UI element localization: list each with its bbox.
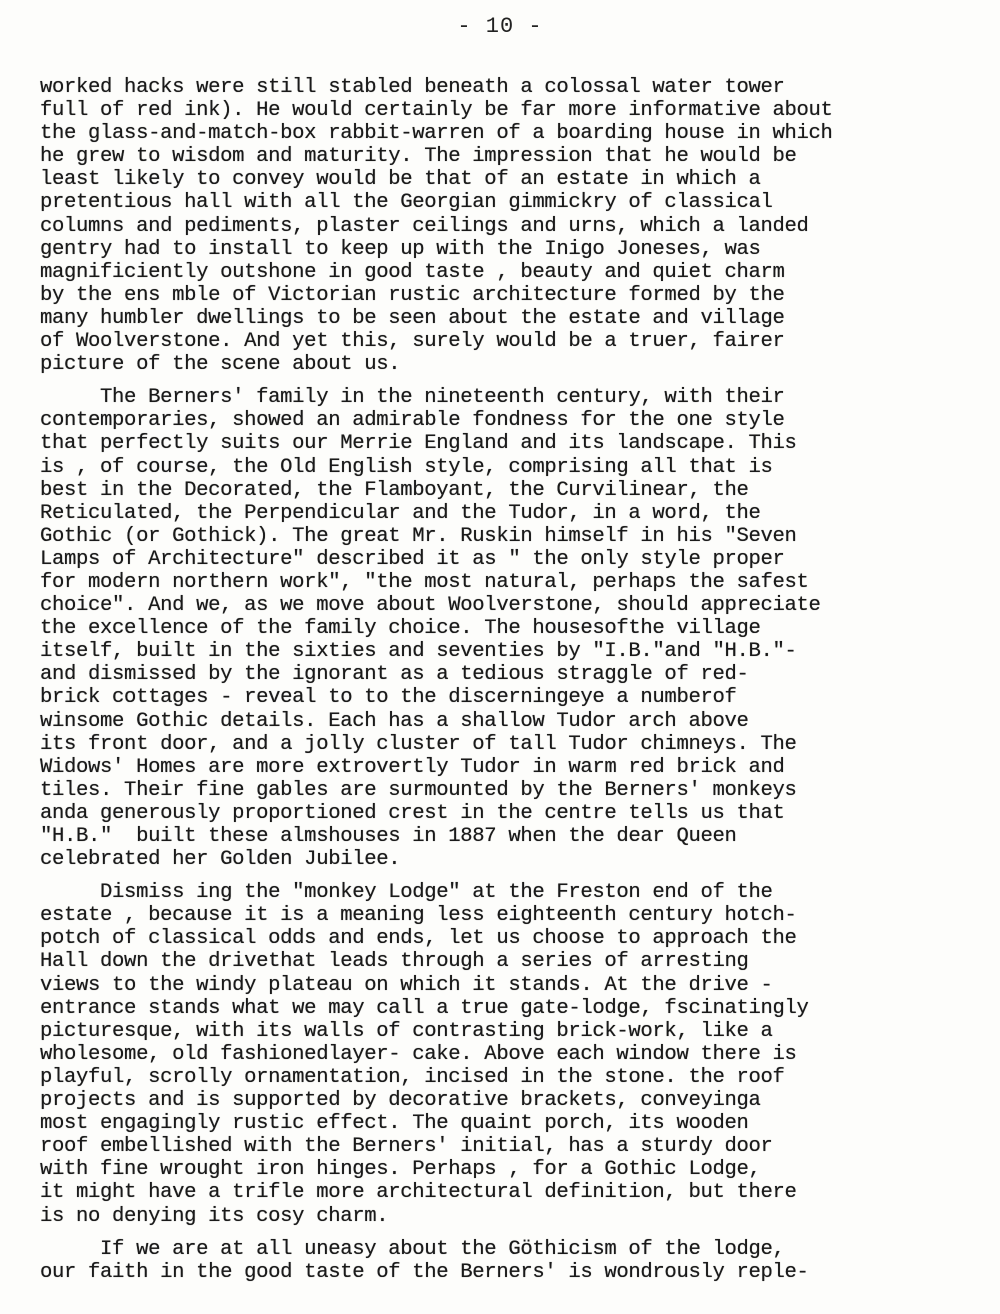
- text-line: potch of classical odds and ends, let us…: [40, 927, 990, 950]
- text-line: Reticulated, the Perpendicular and the T…: [40, 502, 990, 525]
- text-line: it might have a trifle more architectura…: [40, 1181, 990, 1204]
- text-line: columns and pediments, plaster ceilings …: [40, 215, 990, 238]
- text-line: for modern northern work", "the most nat…: [40, 571, 990, 594]
- text-line: roof embellished with the Berners' initi…: [40, 1135, 990, 1158]
- text-line: winsome Gothic details. Each has a shall…: [40, 710, 990, 733]
- text-line: is no denying its cosy charm.: [40, 1205, 990, 1228]
- text-line: If we are at all uneasy about the Göthic…: [40, 1238, 990, 1261]
- text-line: Lamps of Architecture" described it as "…: [40, 548, 990, 571]
- text-line: entrance stands what we may call a true …: [40, 997, 990, 1020]
- text-line: he grew to wisdom and maturity. The impr…: [40, 145, 990, 168]
- paragraph-1: worked hacks were still stabled beneath …: [40, 76, 990, 376]
- document-body: worked hacks were still stabled beneath …: [40, 76, 990, 1284]
- text-line: many humbler dwellings to be seen about …: [40, 307, 990, 330]
- page-number: - 10 -: [0, 14, 1000, 39]
- paragraph-3: Dismiss ing the "monkey Lodge" at the Fr…: [40, 881, 990, 1227]
- text-line: is , of course, the Old English style, c…: [40, 456, 990, 479]
- text-line: projects and is supported by decorative …: [40, 1089, 990, 1112]
- text-line: wholesome, old fashionedlayer- cake. Abo…: [40, 1043, 990, 1066]
- text-line: Hall down the drivethat leads through a …: [40, 950, 990, 973]
- text-line: full of red ink). He would certainly be …: [40, 99, 990, 122]
- text-line: contemporaries, showed an admirable fond…: [40, 409, 990, 432]
- text-line: and dismissed by the ignorant as a tedio…: [40, 663, 990, 686]
- text-line: of Woolverstone. And yet this, surely wo…: [40, 330, 990, 353]
- text-line: its front door, and a jolly cluster of t…: [40, 733, 990, 756]
- text-line: that perfectly suits our Merrie England …: [40, 432, 990, 455]
- text-line: Widows' Homes are more extrovertly Tudor…: [40, 756, 990, 779]
- text-line: the glass-and-match-box rabbit-warren of…: [40, 122, 990, 145]
- typewritten-page: - 10 - worked hacks were still stabled b…: [0, 0, 1000, 1314]
- text-line: with fine wrought iron hinges. Perhaps ,…: [40, 1158, 990, 1181]
- paragraph-gap: [40, 871, 990, 881]
- text-line: tiles. Their fine gables are surmounted …: [40, 779, 990, 802]
- paragraph-2: The Berners' family in the nineteenth ce…: [40, 386, 990, 871]
- paragraph-4: If we are at all uneasy about the Göthic…: [40, 1238, 990, 1284]
- text-line: itself, built in the sixties and seventi…: [40, 640, 990, 663]
- text-line: our faith in the good taste of the Berne…: [40, 1261, 990, 1284]
- text-line: picture of the scene about us.: [40, 353, 990, 376]
- text-line: views to the windy plateau on which it s…: [40, 974, 990, 997]
- text-line: the excellence of the family choice. The…: [40, 617, 990, 640]
- text-line: picturesque, with its walls of contrasti…: [40, 1020, 990, 1043]
- text-line: Gothic (or Gothick). The great Mr. Ruski…: [40, 525, 990, 548]
- text-line: Dismiss ing the "monkey Lodge" at the Fr…: [40, 881, 990, 904]
- text-line: "H.B." built these almshouses in 1887 wh…: [40, 825, 990, 848]
- paragraph-gap: [40, 376, 990, 386]
- paragraph-gap: [40, 1228, 990, 1238]
- text-line: playful, scrolly ornamentation, incised …: [40, 1066, 990, 1089]
- text-line: worked hacks were still stabled beneath …: [40, 76, 990, 99]
- text-line: by the ens mble of Victorian rustic arch…: [40, 284, 990, 307]
- text-line: anda generously proportioned crest in th…: [40, 802, 990, 825]
- text-line: brick cottages - reveal to to the discer…: [40, 686, 990, 709]
- text-line: most engagingly rustic effect. The quain…: [40, 1112, 990, 1135]
- text-line: estate , because it is a meaning less ei…: [40, 904, 990, 927]
- text-line: choice". And we, as we move about Woolve…: [40, 594, 990, 617]
- text-line: pretentious hall with all the Georgian g…: [40, 191, 990, 214]
- text-line: best in the Decorated, the Flamboyant, t…: [40, 479, 990, 502]
- text-line: gentry had to install to keep up with th…: [40, 238, 990, 261]
- text-line: celebrated her Golden Jubilee.: [40, 848, 990, 871]
- text-line: least likely to convey would be that of …: [40, 168, 990, 191]
- text-line: magnificiently outshone in good taste , …: [40, 261, 990, 284]
- text-line: The Berners' family in the nineteenth ce…: [40, 386, 990, 409]
